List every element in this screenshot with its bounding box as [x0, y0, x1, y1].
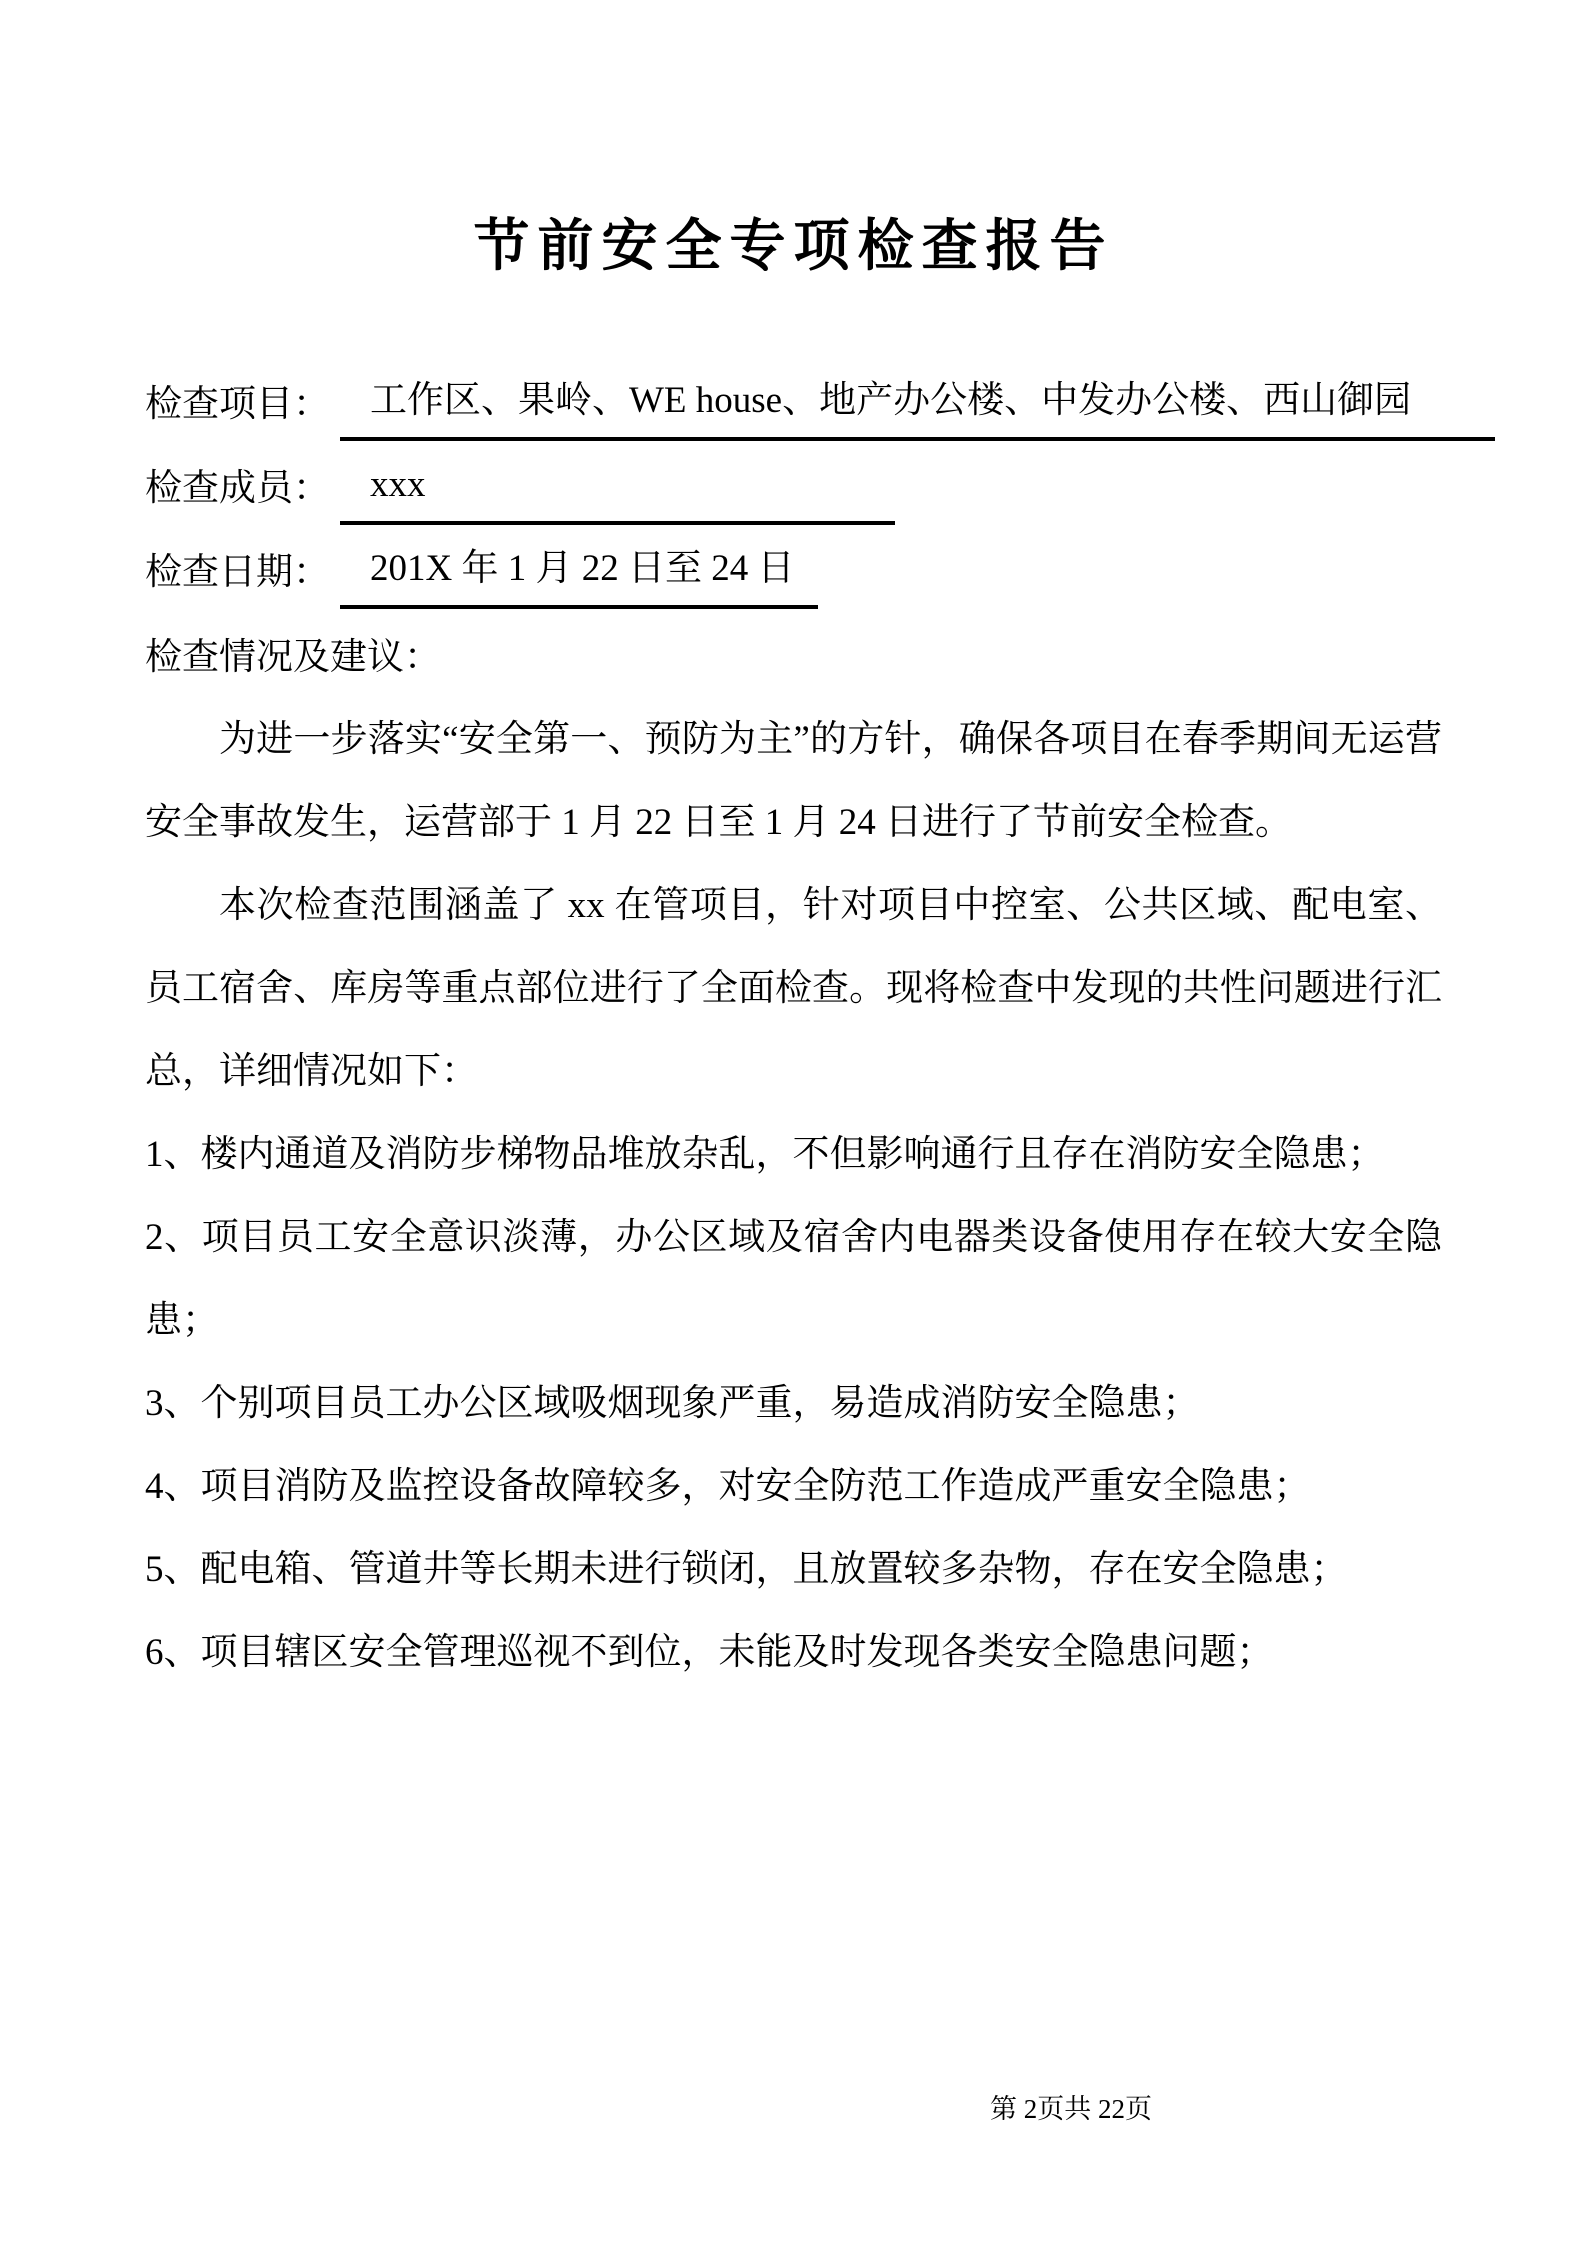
paragraph-scope: 本次检查范围涵盖了 xx 在管项目，针对项目中控室、公共区域、配电室、员工宿舍、…	[145, 864, 1442, 1113]
list-item-5: 5、配电箱、管道井等长期未进行锁闭，且放置较多杂物，存在安全隐患；	[145, 1528, 1442, 1611]
list-item-4: 4、项目消防及监控设备故障较多，对安全防范工作造成严重安全隐患；	[145, 1445, 1442, 1528]
page-number: 第 2页共 22页	[990, 2092, 1152, 2126]
field-value-inspection-members: xxx	[340, 458, 895, 525]
list-item-1: 1、楼内通道及消防步梯物品堆放杂乱，不但影响通行且存在消防安全隐患；	[145, 1113, 1442, 1196]
paragraph-policy: 为进一步落实“安全第一、预防为主”的方针，确保各项目在春季期间无运营安全事故发生…	[145, 698, 1442, 864]
field-label-inspection-members: 检查成员：	[145, 462, 330, 525]
field-label-inspection-projects: 检查项目：	[145, 378, 330, 441]
form-fields: 检查项目： 工作区、果岭、WE house、地产办公楼、中发办公楼、西山御园 检…	[145, 374, 1495, 609]
page-title: 节前安全专项检查报告	[145, 212, 1442, 282]
field-inspection-projects: 检查项目： 工作区、果岭、WE house、地产办公楼、中发办公楼、西山御园	[145, 374, 1495, 441]
field-value-inspection-projects: 工作区、果岭、WE house、地产办公楼、中发办公楼、西山御园	[340, 374, 1495, 441]
list-item-6: 6、项目辖区安全管理巡视不到位，未能及时发现各类安全隐患问题；	[145, 1611, 1442, 1694]
section-label-findings: 检查情况及建议：	[145, 631, 1442, 685]
field-value-inspection-date: 201X 年 1 月 22 日至 24 日	[340, 542, 818, 609]
document-page: 节前安全专项检查报告 检查项目： 工作区、果岭、WE house、地产办公楼、中…	[0, 0, 1587, 2245]
field-inspection-date: 检查日期： 201X 年 1 月 22 日至 24 日	[145, 542, 1495, 609]
field-inspection-members: 检查成员： xxx	[145, 458, 1495, 525]
field-label-inspection-date: 检查日期：	[145, 546, 330, 609]
list-item-2: 2、项目员工安全意识淡薄，办公区域及宿舍内电器类设备使用存在较大安全隐患；	[145, 1196, 1442, 1362]
list-item-3: 3、个别项目员工办公区域吸烟现象严重，易造成消防安全隐患；	[145, 1362, 1442, 1445]
